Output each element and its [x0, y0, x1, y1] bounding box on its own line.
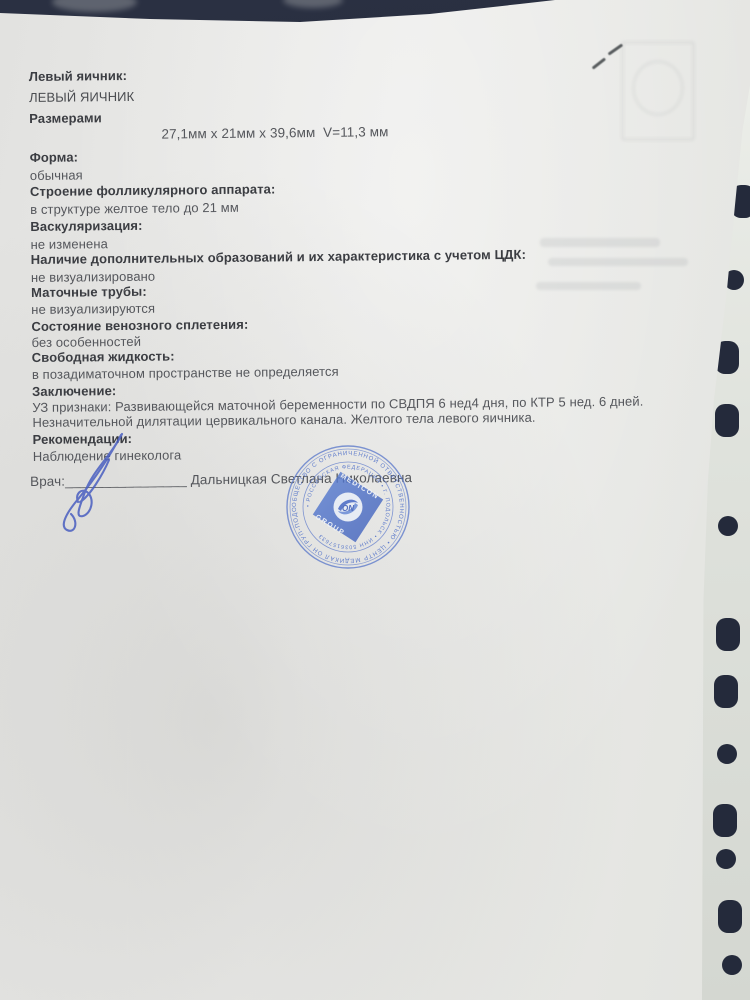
punch-hole: [718, 900, 742, 933]
ovary-name: ЛЕВЫЙ ЯИЧНИК: [29, 89, 134, 105]
bleed-through-text: [540, 238, 660, 247]
size-label: Размерами: [29, 110, 102, 126]
section-label: Левый яичник:: [29, 68, 127, 84]
field-label: Состояние венозного сплетения:: [31, 317, 248, 334]
stamp-center-monogram: ON: [342, 504, 354, 513]
punch-hole: [716, 849, 736, 869]
bleed-through-stamp-circle: [633, 61, 683, 115]
field-label: Маточные трубы:: [31, 284, 147, 300]
size-value: 27,1мм x 21мм x 39,6мм V=11,3 мм: [161, 124, 388, 141]
signature-ink: [45, 412, 165, 552]
punch-hole: [718, 516, 738, 536]
field-value: в структуре желтое тело до 21 мм: [30, 200, 239, 217]
bleed-through-stamp: [622, 42, 694, 140]
punch-hole: [713, 804, 737, 837]
clinic-stamp: ОБЩЕСТВО С ОГРАНИЧЕННОЙ ОТВЕТСТВЕННОСТЬЮ…: [278, 437, 418, 577]
bleed-through-text: [536, 282, 641, 290]
field-value: не визуализировано: [31, 269, 155, 285]
field-value: без особенностей: [32, 334, 142, 350]
stamp-diamond-logo: ON MEDICON GROUP: [313, 472, 383, 542]
table-object-blob: [283, 0, 343, 8]
pen-mark: [592, 57, 607, 70]
punch-hole: [722, 955, 742, 975]
field-label: Свободная жидкость:: [32, 348, 175, 364]
bleed-through-text: [548, 258, 688, 266]
field-label: Форма:: [30, 149, 79, 165]
table-object-blob: [52, 0, 137, 12]
field-value: в позадиматочном пространстве не определ…: [32, 364, 339, 382]
conclusion-label: Заключение:: [32, 383, 116, 399]
field-label: Строение фолликулярного аппарата:: [30, 181, 276, 199]
field-label: Васкуляризация:: [30, 218, 142, 234]
field-value: не визуализируются: [31, 301, 155, 317]
punch-hole: [716, 618, 740, 651]
punch-hole: [717, 744, 737, 764]
field-value: обычная: [30, 167, 83, 183]
photo-scene: Левый яичник: ЛЕВЫЙ ЯИЧНИК Размерами 27,…: [0, 0, 750, 1000]
punch-hole: [715, 404, 739, 437]
field-value: не изменена: [30, 236, 107, 252]
document-sheet: Левый яичник: ЛЕВЫЙ ЯИЧНИК Размерами 27,…: [0, 0, 750, 1000]
punch-hole: [714, 675, 738, 708]
